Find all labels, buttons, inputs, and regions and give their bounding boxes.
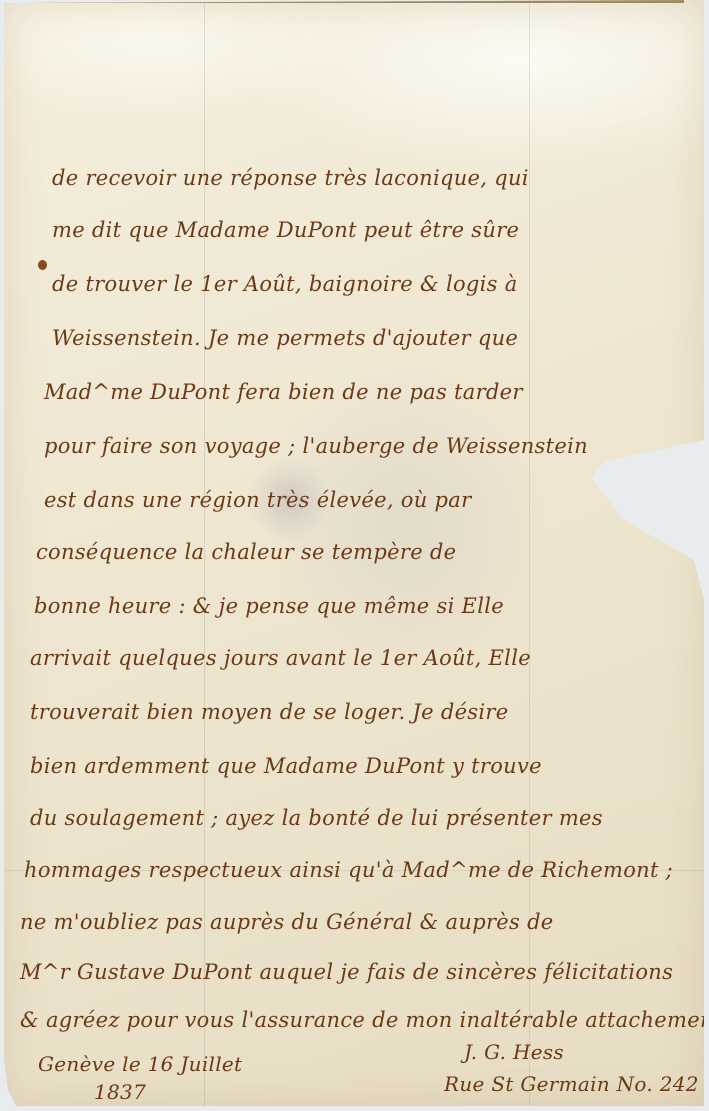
fold-crease [529, 0, 530, 1106]
ink-blot [38, 260, 47, 270]
letter-year: 1837 [94, 1080, 146, 1104]
letter-line: M^r Gustave DuPont auquel je fais de sin… [20, 960, 673, 984]
letter-line: ne m'oubliez pas auprès du Général & aup… [20, 910, 554, 934]
letter-line: Weissenstein. Je me permets d'ajouter qu… [52, 326, 518, 350]
signature: J. G. Hess [464, 1040, 564, 1064]
letter-line: de recevoir une réponse très laconique, … [52, 166, 529, 190]
letter-line: trouverait bien moyen de se loger. Je dé… [30, 700, 508, 724]
letter-line: bien ardemment que Madame DuPont y trouv… [30, 754, 542, 778]
letter-line: est dans une région très élevée, où par [44, 488, 471, 512]
letter-line: conséquence la chaleur se tempère de [36, 540, 456, 564]
letter-line: Mad^me DuPont fera bien de ne pas tarder [44, 380, 523, 404]
letter-line: hommages respectueux ainsi qu'à Mad^me d… [24, 858, 673, 882]
letter-line: bonne heure : & je pense que même si Ell… [34, 594, 504, 618]
letter-line: de trouver le 1er Août, baignoire & logi… [52, 272, 518, 296]
letter-line: pour faire son voyage ; l'auberge de Wei… [44, 434, 588, 458]
place-date: Genève le 16 Juillet [38, 1052, 242, 1076]
letter-line: arrivait quelques jours avant le 1er Aoû… [30, 646, 531, 670]
letter-paper: de recevoir une réponse très laconique, … [4, 0, 704, 1106]
letter-line: du soulagement ; ayez la bonté de lui pr… [30, 806, 603, 830]
paper-top-edge [34, 0, 684, 3]
letter-line: me dit que Madame DuPont peut être sûre [52, 218, 519, 242]
sender-address: Rue St Germain No. 242 [444, 1072, 699, 1096]
letter-line: & agréez pour vous l'assurance de mon in… [20, 1008, 709, 1032]
